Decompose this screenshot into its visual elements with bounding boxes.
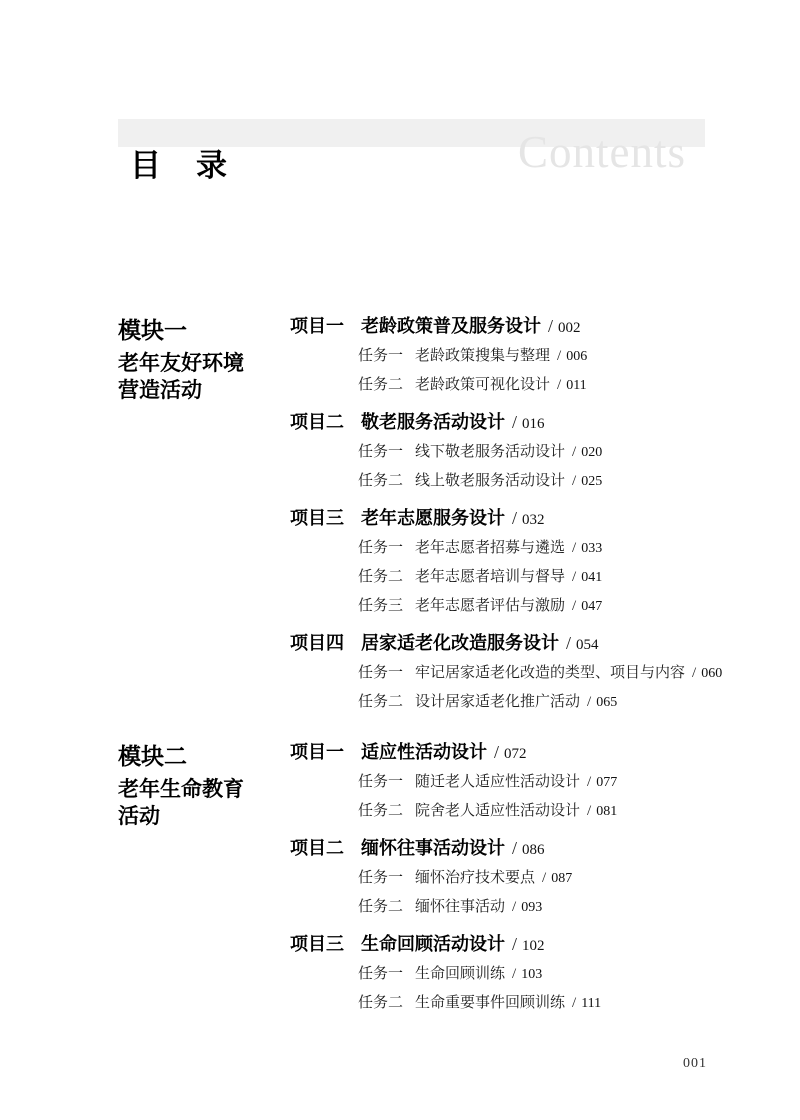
task-page-number: 006	[566, 349, 587, 364]
toc-project: 项目二缅怀往事活动设计/086 任务一缅怀治疗技术要点/087 任务二缅怀往事活…	[290, 838, 718, 918]
folio-page-number: 001	[683, 1056, 707, 1072]
page-separator: /	[572, 569, 576, 585]
task-entry: 任务一线下敬老服务活动设计/020	[290, 442, 722, 463]
task-label: 任务一	[358, 964, 403, 984]
page-separator: /	[587, 803, 591, 819]
task-page-number: 047	[581, 599, 602, 614]
module-2-label: 模块二 老年生命教育 活动	[118, 742, 290, 830]
project-page-number: 072	[504, 746, 527, 762]
task-label: 任务二	[358, 471, 403, 491]
task-title: 老龄政策可视化设计	[415, 376, 550, 393]
project-entry: 项目二缅怀往事活动设计/086	[290, 838, 718, 860]
project-title: 居家适老化改造服务设计	[361, 633, 559, 653]
task-title: 线下敬老服务活动设计	[415, 443, 565, 460]
project-title: 缅怀往事活动设计	[361, 838, 505, 858]
project-page-number: 054	[576, 637, 599, 653]
project-entry: 项目四居家适老化改造服务设计/054	[290, 633, 722, 655]
task-entry: 任务一生命回顾训练/103	[290, 964, 718, 985]
task-label: 任务二	[358, 993, 403, 1013]
page-separator: /	[548, 316, 553, 336]
page-separator: /	[512, 934, 517, 954]
project-title: 敬老服务活动设计	[361, 412, 505, 432]
page-separator: /	[512, 412, 517, 432]
page-separator: /	[557, 377, 561, 393]
task-entry: 任务二设计居家适老化推广活动/065	[290, 692, 722, 713]
contents-watermark-title: Contents	[518, 130, 686, 175]
task-label: 任务二	[358, 375, 403, 395]
toc-project: 项目三生命回顾活动设计/102 任务一生命回顾训练/103 任务二生命重要事件回…	[290, 934, 718, 1014]
task-entry: 任务一缅怀治疗技术要点/087	[290, 868, 718, 889]
task-page-number: 060	[701, 666, 722, 681]
task-page-number: 087	[551, 871, 572, 886]
task-entry: 任务二生命重要事件回顾训练/111	[290, 993, 718, 1014]
toc-project: 项目三老年志愿服务设计/032 任务一老年志愿者招募与遴选/033 任务二老年志…	[290, 508, 722, 617]
module-1-subtitle-line-2: 营造活动	[118, 377, 290, 404]
project-page-number: 002	[558, 320, 581, 336]
task-title: 院舍老人适应性活动设计	[415, 802, 580, 819]
project-page-number: 016	[522, 416, 545, 432]
task-title: 老龄政策搜集与整理	[415, 347, 550, 364]
task-title: 牢记居家适老化改造的类型、项目与内容	[415, 664, 685, 681]
page-separator: /	[572, 598, 576, 614]
page-separator: /	[512, 966, 516, 982]
module-section-1: 模块一 老年友好环境 营造活动 项目一老龄政策普及服务设计/002 任务一老龄政…	[118, 316, 718, 713]
project-title: 适应性活动设计	[361, 742, 487, 762]
task-label: 任务一	[358, 346, 403, 366]
task-entry: 任务一牢记居家适老化改造的类型、项目与内容/060	[290, 663, 722, 684]
task-entry: 任务二院舍老人适应性活动设计/081	[290, 801, 718, 822]
module-section-2: 模块二 老年生命教育 活动 项目一适应性活动设计/072 任务一随迁老人适应性活…	[118, 742, 718, 1014]
project-label: 项目三	[290, 508, 344, 528]
module-1-label: 模块一 老年友好环境 营造活动	[118, 316, 290, 404]
task-entry: 任务二线上敬老服务活动设计/025	[290, 471, 722, 492]
toc-project: 项目二敬老服务活动设计/016 任务一线下敬老服务活动设计/020 任务二线上敬…	[290, 412, 722, 492]
module-2-subtitle-line-1: 老年生命教育	[118, 776, 290, 803]
project-entry: 项目一老龄政策普及服务设计/002	[290, 316, 722, 338]
task-label: 任务一	[358, 442, 403, 462]
task-title: 缅怀治疗技术要点	[415, 869, 535, 886]
module-2-name: 模块二	[118, 742, 290, 770]
task-page-number: 077	[596, 775, 617, 790]
task-title: 生命重要事件回顾训练	[415, 994, 565, 1011]
task-title: 老年志愿者评估与激励	[415, 597, 565, 614]
task-page-number: 033	[581, 541, 602, 556]
task-entry: 任务二老年志愿者培训与督导/041	[290, 567, 722, 588]
task-label: 任务二	[358, 801, 403, 821]
toc-project: 项目一适应性活动设计/072 任务一随迁老人适应性活动设计/077 任务二院舍老…	[290, 742, 718, 822]
task-label: 任务一	[358, 663, 403, 683]
table-of-contents: 模块一 老年友好环境 营造活动 项目一老龄政策普及服务设计/002 任务一老龄政…	[118, 316, 718, 1014]
task-label: 任务一	[358, 538, 403, 558]
page-separator: /	[572, 540, 576, 556]
task-label: 任务一	[358, 772, 403, 792]
module-2-content: 项目一适应性活动设计/072 任务一随迁老人适应性活动设计/077 任务二院舍老…	[290, 742, 718, 1014]
page-separator: /	[512, 838, 517, 858]
task-entry: 任务一随迁老人适应性活动设计/077	[290, 772, 718, 793]
project-label: 项目二	[290, 412, 344, 432]
page-separator: /	[557, 348, 561, 364]
page-separator: /	[587, 774, 591, 790]
project-entry: 项目二敬老服务活动设计/016	[290, 412, 722, 434]
task-page-number: 103	[521, 967, 542, 982]
task-title: 缅怀往事活动	[415, 898, 505, 915]
project-label: 项目一	[290, 742, 344, 762]
task-page-number: 111	[581, 996, 601, 1011]
page-title: 目 录	[130, 149, 229, 183]
task-entry: 任务一老龄政策搜集与整理/006	[290, 346, 722, 367]
task-entry: 任务二缅怀往事活动/093	[290, 897, 718, 918]
toc-project: 项目四居家适老化改造服务设计/054 任务一牢记居家适老化改造的类型、项目与内容…	[290, 633, 722, 713]
task-label: 任务一	[358, 868, 403, 888]
task-title: 线上敬老服务活动设计	[415, 472, 565, 489]
project-page-number: 102	[522, 938, 545, 954]
module-1-name: 模块一	[118, 316, 290, 344]
page-separator: /	[512, 899, 516, 915]
project-entry: 项目三生命回顾活动设计/102	[290, 934, 718, 956]
toc-project: 项目一老龄政策普及服务设计/002 任务一老龄政策搜集与整理/006 任务二老龄…	[290, 316, 722, 396]
project-title: 老龄政策普及服务设计	[361, 316, 541, 336]
page-separator: /	[587, 694, 591, 710]
module-1-content: 项目一老龄政策普及服务设计/002 任务一老龄政策搜集与整理/006 任务二老龄…	[290, 316, 722, 713]
task-title: 老年志愿者招募与遴选	[415, 539, 565, 556]
page-separator: /	[572, 995, 576, 1011]
project-label: 项目三	[290, 934, 344, 954]
page-separator: /	[692, 665, 696, 681]
task-page-number: 041	[581, 570, 602, 585]
task-label: 任务二	[358, 897, 403, 917]
project-label: 项目二	[290, 838, 344, 858]
project-title: 生命回顾活动设计	[361, 934, 505, 954]
project-title: 老年志愿服务设计	[361, 508, 505, 528]
task-page-number: 020	[581, 445, 602, 460]
page-separator: /	[572, 444, 576, 460]
page-separator: /	[572, 473, 576, 489]
task-page-number: 025	[581, 474, 602, 489]
project-label: 项目一	[290, 316, 344, 336]
project-page-number: 086	[522, 842, 545, 858]
task-page-number: 093	[521, 900, 542, 915]
task-entry: 任务三老年志愿者评估与激励/047	[290, 596, 722, 617]
task-page-number: 081	[596, 804, 617, 819]
module-2-subtitle-line-2: 活动	[118, 803, 290, 830]
task-title: 设计居家适老化推广活动	[415, 693, 580, 710]
project-entry: 项目三老年志愿服务设计/032	[290, 508, 722, 530]
page-separator: /	[542, 870, 546, 886]
project-page-number: 032	[522, 512, 545, 528]
task-page-number: 065	[596, 695, 617, 710]
task-entry: 任务一老年志愿者招募与遴选/033	[290, 538, 722, 559]
task-title: 老年志愿者培训与督导	[415, 568, 565, 585]
page-separator: /	[494, 742, 499, 762]
task-label: 任务二	[358, 567, 403, 587]
page-separator: /	[512, 508, 517, 528]
project-entry: 项目一适应性活动设计/072	[290, 742, 718, 764]
module-1-subtitle-line-1: 老年友好环境	[118, 350, 290, 377]
project-label: 项目四	[290, 633, 344, 653]
task-label: 任务二	[358, 692, 403, 712]
page-separator: /	[566, 633, 571, 653]
task-title: 生命回顾训练	[415, 965, 505, 982]
task-page-number: 011	[566, 378, 586, 393]
task-title: 随迁老人适应性活动设计	[415, 773, 580, 790]
task-label: 任务三	[358, 596, 403, 616]
task-entry: 任务二老龄政策可视化设计/011	[290, 375, 722, 396]
